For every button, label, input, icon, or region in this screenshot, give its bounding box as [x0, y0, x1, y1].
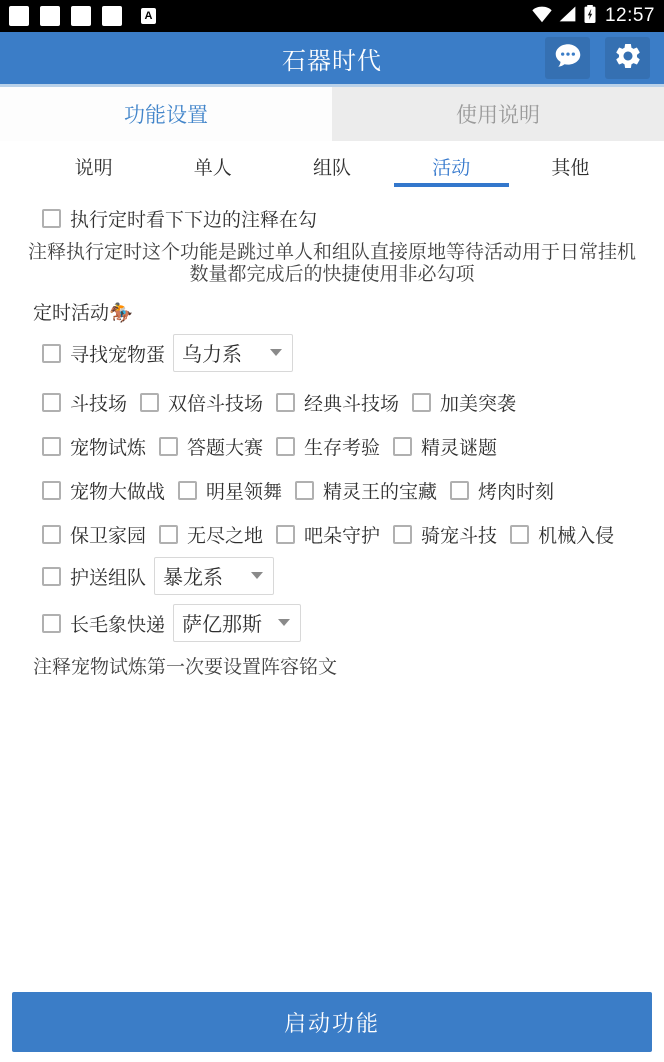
chat-bubble-icon: [552, 40, 584, 77]
section-heading: 定时活动🏇: [33, 298, 664, 325]
timer-row: 执行定时看下下边的注释在勾: [42, 205, 664, 232]
notification-icon: [9, 6, 29, 26]
activity-label: 吧朵守护: [304, 521, 380, 548]
activity-checkbox[interactable]: 宠物试炼: [42, 433, 146, 460]
mammoth-select[interactable]: 萨亿那斯: [173, 604, 301, 642]
checkbox-box: [510, 525, 529, 544]
mammoth-label: 长毛象快递: [70, 610, 165, 637]
activity-label: 生存考验: [304, 433, 380, 460]
activity-label: 宠物大做战: [70, 477, 165, 504]
activity-label: 加美突袭: [440, 389, 516, 416]
start-button[interactable]: 启动功能: [12, 992, 652, 1052]
checkbox-box: [42, 481, 61, 500]
activity-label: 经典斗技场: [304, 389, 399, 416]
wifi-icon: [531, 3, 553, 30]
chat-button[interactable]: [545, 37, 590, 79]
dropdown-caret-icon: [270, 349, 282, 356]
arena-row: 斗技场 双倍斗技场 经典斗技场 加美突袭: [42, 389, 664, 416]
mammoth-row: 长毛象快递 萨亿那斯: [42, 604, 664, 642]
activity-label: 骑宠斗技: [421, 521, 497, 548]
settings-button[interactable]: [605, 37, 650, 79]
checkbox-box: [42, 614, 61, 633]
activity-checkbox[interactable]: 无尽之地: [159, 521, 263, 548]
pet-egg-selected-value: 乌力系: [182, 338, 242, 367]
escort-selected-value: 暴龙系: [163, 561, 223, 590]
activity-label: 斗技场: [70, 389, 127, 416]
timer-checkbox-label: 执行定时看下下边的注释在勾: [70, 205, 317, 232]
status-bar-system: 12:57: [531, 2, 655, 31]
activity-label: 精灵谜题: [421, 433, 497, 460]
guard-row: 保卫家园 无尽之地 吧朵守护 骑宠斗技 机械入侵: [42, 521, 664, 548]
activity-checkbox[interactable]: 机械入侵: [510, 521, 614, 548]
activity-label: 答题大赛: [187, 433, 263, 460]
activity-label: 明星领舞: [206, 477, 282, 504]
pet-egg-label: 寻找宠物蛋: [70, 340, 165, 367]
ime-keyboard-icon: A: [141, 8, 156, 24]
checkbox-box: [178, 481, 197, 500]
sub-tab-bar: 说明 单人 组队 活动 其他: [0, 141, 664, 191]
pet-egg-checkbox[interactable]: 寻找宠物蛋: [42, 340, 165, 367]
activity-checkbox[interactable]: 精灵谜题: [393, 433, 497, 460]
subtab-activity[interactable]: 活动: [392, 141, 511, 191]
activity-checkbox[interactable]: 明星领舞: [178, 477, 282, 504]
checkbox-box: [276, 437, 295, 456]
activity-checkbox[interactable]: 经典斗技场: [276, 389, 399, 416]
activity-checkbox[interactable]: 生存考验: [276, 433, 380, 460]
checkbox-box: [276, 525, 295, 544]
subtab-single[interactable]: 单人: [153, 141, 272, 191]
activity-checkbox[interactable]: 吧朵守护: [276, 521, 380, 548]
checkbox-box: [159, 525, 178, 544]
status-bar: A 12:57: [0, 0, 664, 32]
cell-signal-icon: [557, 3, 578, 29]
battery-charging-icon: [582, 2, 598, 31]
notification-icon: [102, 6, 122, 26]
activity-label: 无尽之地: [187, 521, 263, 548]
activity-checkbox[interactable]: 双倍斗技场: [140, 389, 263, 416]
timer-checkbox[interactable]: 执行定时看下下边的注释在勾: [42, 205, 317, 232]
checkbox-box: [159, 437, 178, 456]
tab-usage-instructions[interactable]: 使用说明: [332, 87, 664, 141]
checkbox-box: [393, 525, 412, 544]
escort-select[interactable]: 暴龙系: [154, 557, 274, 595]
escort-label: 护送组队: [70, 563, 146, 590]
activity-label: 烤肉时刻: [478, 477, 554, 504]
activity-checkbox[interactable]: 宠物大做战: [42, 477, 165, 504]
checkbox-box: [42, 344, 61, 363]
dropdown-caret-icon: [278, 619, 290, 626]
activity-checkbox[interactable]: 骑宠斗技: [393, 521, 497, 548]
status-bar-notifications: A: [9, 6, 156, 26]
subtab-other[interactable]: 其他: [511, 141, 630, 191]
activity-label: 精灵王的宝藏: [323, 477, 437, 504]
escort-checkbox[interactable]: 护送组队: [42, 563, 146, 590]
activity-label: 保卫家园: [70, 521, 146, 548]
dropdown-caret-icon: [251, 572, 263, 579]
clock: 12:57: [605, 5, 655, 27]
activity-checkbox[interactable]: 精灵王的宝藏: [295, 477, 437, 504]
timer-note: 注释执行定时这个功能是跳过单人和组队直接原地等待活动用于日常挂机数量都完成后的快…: [0, 242, 664, 286]
gear-icon: [613, 41, 643, 76]
tab-function-settings[interactable]: 功能设置: [0, 87, 332, 141]
activity-checkbox[interactable]: 加美突袭: [412, 389, 516, 416]
checkbox-box: [450, 481, 469, 500]
activity-label: 双倍斗技场: [168, 389, 263, 416]
checkbox-box: [295, 481, 314, 500]
main-tab-bar: 功能设置 使用说明: [0, 87, 664, 141]
checkbox-box: [42, 437, 61, 456]
activity-checkbox[interactable]: 保卫家园: [42, 521, 146, 548]
activity-panel: 执行定时看下下边的注释在勾 注释执行定时这个功能是跳过单人和组队直接原地等待活动…: [0, 191, 664, 992]
checkbox-box: [412, 393, 431, 412]
notification-icon: [40, 6, 60, 26]
pet-egg-row: 寻找宠物蛋 乌力系: [42, 334, 664, 372]
activity-checkbox[interactable]: 斗技场: [42, 389, 127, 416]
trial-row: 宠物试炼 答题大赛 生存考验 精灵谜题: [42, 433, 664, 460]
subtab-description[interactable]: 说明: [34, 141, 153, 191]
app-header: 石器时代: [0, 32, 664, 87]
activity-checkbox[interactable]: 烤肉时刻: [450, 477, 554, 504]
war-row: 宠物大做战 明星领舞 精灵王的宝藏 烤肉时刻: [42, 477, 664, 504]
checkbox-box: [276, 393, 295, 412]
checkbox-box: [42, 525, 61, 544]
trial-note: 注释宠物试炼第一次要设置阵容铭文: [33, 652, 664, 679]
checkbox-box: [42, 209, 61, 228]
checkbox-box: [393, 437, 412, 456]
notification-icon: [71, 6, 91, 26]
checkbox-box: [42, 567, 61, 586]
activity-label: 机械入侵: [538, 521, 614, 548]
escort-row: 护送组队 暴龙系: [42, 557, 664, 595]
checkbox-box: [42, 393, 61, 412]
activity-label: 宠物试炼: [70, 433, 146, 460]
mammoth-selected-value: 萨亿那斯: [182, 608, 262, 637]
pet-egg-select[interactable]: 乌力系: [173, 334, 293, 372]
subtab-team[interactable]: 组队: [272, 141, 391, 191]
activity-checkbox[interactable]: 答题大赛: [159, 433, 263, 460]
mammoth-checkbox[interactable]: 长毛象快递: [42, 610, 165, 637]
checkbox-box: [140, 393, 159, 412]
